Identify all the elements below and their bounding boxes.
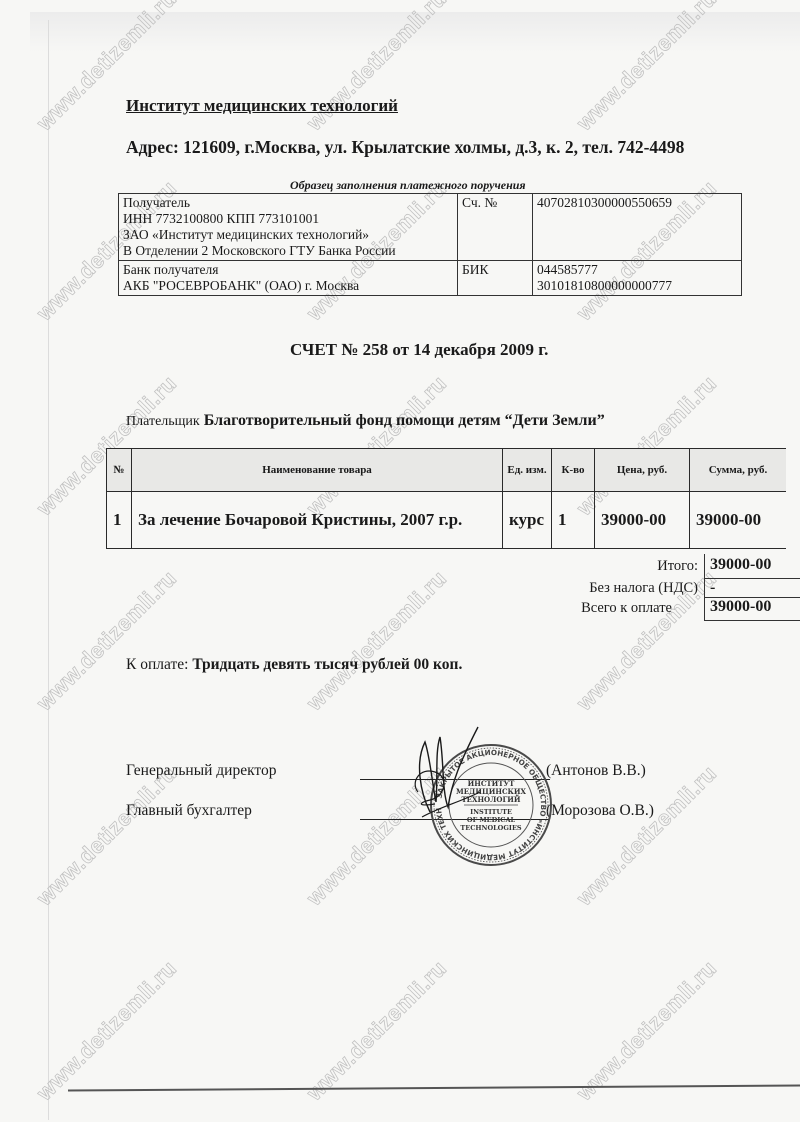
bank-name: АКБ "РОСЕВРОБАНК" (ОАО) г. Москва: [123, 278, 453, 294]
row-name: За лечение Бочаровой Кристины, 2007 г.р.: [132, 492, 503, 549]
watermark-text: www.detizemli.ru: [572, 955, 723, 1106]
total-value: 39000-00: [704, 598, 800, 620]
payer-label: Плательщик: [126, 414, 200, 429]
watermark-text: www.detizemli.ru: [302, 565, 453, 716]
watermark-text: www.detizemli.ru: [572, 760, 723, 911]
row-unit: курс: [503, 492, 552, 549]
watermark-text: www.detizemli.ru: [32, 955, 183, 1106]
payer-line: Плательщик Благотворительный фонд помощи…: [126, 412, 605, 430]
subtotal-value: 39000-00: [704, 554, 800, 578]
vat-value: -: [704, 579, 800, 597]
recipient-row: Получатель ИНН 7732100800 КПП 773101001 …: [119, 194, 742, 261]
row-number: 1: [107, 492, 132, 549]
bank-row: Банк получателя АКБ "РОСЕВРОБАНК" (ОАО) …: [119, 261, 742, 296]
bottom-rule: [68, 1084, 800, 1091]
bank-cell: Банк получателя АКБ "РОСЕВРОБАНК" (ОАО) …: [119, 261, 458, 296]
bik-cell: 044585777 30101810800000000777: [533, 261, 742, 296]
recipient-inn-kpp: ИНН 7732100800 КПП 773101001: [123, 211, 453, 227]
bik-label: БИК: [458, 261, 533, 296]
watermark-text: www.detizemli.ru: [302, 955, 453, 1106]
organization-title: Институт медицинских технологий: [126, 96, 398, 116]
signature-scribble-icon: [400, 722, 530, 822]
organization-address: Адрес: 121609, г.Москва, ул. Крылатские …: [126, 137, 684, 158]
scan-shadow: [30, 12, 800, 52]
col-sum: Сумма, руб.: [690, 449, 787, 492]
amount-value: Тридцать девять тысяч рублей 00 коп.: [192, 656, 462, 673]
col-qty: К-во: [552, 449, 595, 492]
director-name: (Антонов В.В.): [546, 762, 646, 780]
amount-label: К оплате:: [126, 656, 188, 673]
total-label: Всего к оплате: [560, 600, 672, 617]
payment-sample-caption: Образец заполнения платежного поручения: [290, 178, 526, 193]
row-price: 39000-00: [595, 492, 690, 549]
corr-account: 30101810800000000777: [537, 278, 737, 294]
recipient-cell: Получатель ИНН 7732100800 КПП 773101001 …: [119, 194, 458, 261]
vat-label: Без налога (НДС): [560, 580, 698, 597]
items-table: № Наименование товара Ед. изм. К-во Цена…: [106, 448, 786, 549]
subtotal-label: Итого:: [560, 558, 698, 575]
col-name: Наименование товара: [132, 449, 503, 492]
recipient-branch: В Отделении 2 Московского ГТУ Банка Росс…: [123, 243, 453, 259]
recipient-name: ЗАО «Институт медицинских технологий»: [123, 227, 453, 243]
bank-details-table: Получатель ИНН 7732100800 КПП 773101001 …: [118, 193, 742, 296]
row-qty: 1: [552, 492, 595, 549]
bik-number: 044585777: [537, 262, 737, 278]
recipient-label: Получатель: [123, 195, 453, 211]
account-label: Сч. №: [458, 194, 533, 261]
col-price: Цена, руб.: [595, 449, 690, 492]
col-number: №: [107, 449, 132, 492]
bank-label: Банк получателя: [123, 262, 453, 278]
watermark-text: www.detizemli.ru: [32, 760, 183, 911]
items-header-row: № Наименование товара Ед. изм. К-во Цена…: [107, 449, 787, 492]
watermark-text: www.detizemli.ru: [32, 565, 183, 716]
col-unit: Ед. изм.: [503, 449, 552, 492]
director-role: Генеральный директор: [126, 762, 277, 780]
accountant-role: Главный бухгалтер: [126, 802, 252, 820]
stamp-center-en-3: TECHNOLOGIES: [460, 824, 521, 832]
table-row: 1 За лечение Бочаровой Кристины, 2007 г.…: [107, 492, 787, 549]
accountant-name: (Морозова О.В.): [546, 802, 654, 820]
page-edge: [48, 20, 49, 1120]
payer-name: Благотворительный фонд помощи детям “Дет…: [204, 412, 605, 429]
row-sum: 39000-00: [690, 492, 787, 549]
account-number: 40702810300000550659: [533, 194, 742, 261]
totals-divider: [704, 620, 800, 621]
amount-in-words: К оплате: Тридцать девять тысяч рублей 0…: [126, 656, 462, 674]
invoice-title: СЧЕТ № 258 от 14 декабря 2009 г.: [290, 340, 548, 360]
